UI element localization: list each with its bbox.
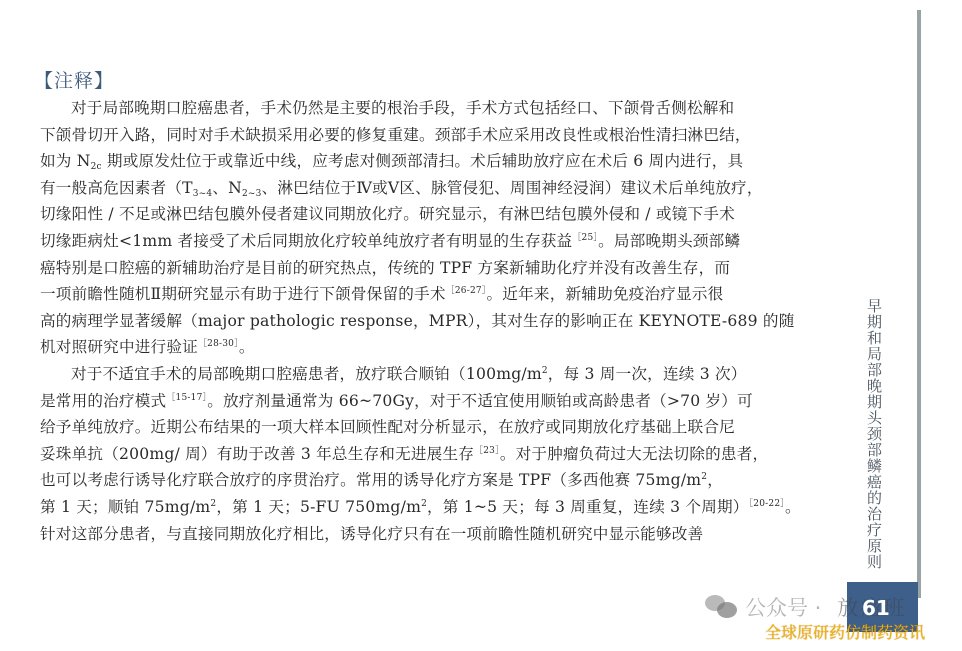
text-segment: ，第 1 天；5-FU 750mg/m: [216, 498, 421, 516]
text-segment: 一项前瞻性随机Ⅱ期研究显示有助于进行下颌骨保留的手术: [40, 285, 446, 303]
text-line: 对于不适宜手术的局部晚期口腔癌患者，放疗联合顺铂（100mg/m2，每 3 周一…: [40, 361, 840, 388]
chapter-side-title: 早期和局部晚期头颈部鳞癌的治疗原则: [864, 298, 884, 570]
superscript: ［28-30］: [198, 339, 239, 349]
text-segment: 有一般高危因素者（T: [40, 179, 193, 197]
subscript: 2~3: [242, 189, 262, 199]
text-segment: 。近年来，新辅助免疫治疗显示很: [487, 285, 724, 303]
superscript: ［20-22］: [749, 499, 785, 509]
text-segment: 下颌骨切开入路，同时对手术缺损采用必要的修复重建。颈部手术应采用改良性或根治性清…: [40, 126, 751, 144]
text-segment: 第 1 天；顺铂 75mg/m: [40, 498, 210, 516]
page-number: 61: [862, 596, 890, 620]
subscript: 2c: [91, 162, 102, 172]
text-segment: 。局部晚期头颈部鳞: [598, 232, 740, 250]
paragraph: 对于局部晚期口腔癌患者，手术仍然是主要的根治手段，手术方式包括经口、下颌骨舌侧松…: [40, 95, 840, 361]
text-line: 一项前瞻性随机Ⅱ期研究显示有助于进行下颌骨保留的手术［26-27］。近年来，新辅…: [40, 281, 840, 308]
watermark-prefix: 公众号 ·: [745, 592, 821, 622]
superscript: ［15-17］: [166, 393, 207, 403]
text-segment: 期或原发灶位于或靠近中线，应考虑对侧颈部清扫。术后辅助放疗应在术后 6 周内进行…: [102, 152, 744, 170]
superscript: ［26-27］: [446, 286, 487, 296]
text-segment: 。对于肿瘤负荷过大无法切除的患者，: [500, 445, 769, 463]
text-segment: 切缘距病灶<1mm 者接受了术后同期放化疗较单纯放疗者有明显的生存获益: [40, 232, 572, 250]
text-segment: 对于局部晚期口腔癌患者，手术仍然是主要的根治手段，手术方式包括经口、下颌骨舌侧松…: [71, 99, 734, 117]
text-segment: 针对这部分患者，与直接同期放化疗相比，诱导化疗只有在一项前瞻性随机研究中显示能够…: [40, 525, 703, 543]
text-segment: 癌特别是口腔癌的新辅助治疗是目前的研究热点，传统的 TPF 方案新辅助化疗并没有…: [40, 259, 730, 277]
vertical-rule: [917, 10, 921, 598]
section-heading: 【注释】: [34, 66, 114, 93]
text-segment: 妥珠单抗（200mg/ 周）有助于改善 3 年总生存和无进展生存: [40, 445, 474, 463]
text-line: 机对照研究中进行验证［28-30］。: [40, 334, 840, 361]
text-line: 癌特别是口腔癌的新辅助治疗是目前的研究热点，传统的 TPF 方案新辅助化疗并没有…: [40, 255, 840, 282]
subscript: 3~4: [193, 189, 213, 199]
text-segment: 、淋巴结位于Ⅳ或Ⅴ区、脉管侵犯、周围神经浸润）建议术后单纯放疗，: [262, 179, 763, 197]
body-text: 对于局部晚期口腔癌患者，手术仍然是主要的根治手段，手术方式包括经口、下颌骨舌侧松…: [40, 95, 840, 547]
text-line: 下颌骨切开入路，同时对手术缺损采用必要的修复重建。颈部手术应采用改良性或根治性清…: [40, 122, 840, 149]
text-line: 高的病理学显著缓解（major pathologic response，MPR）…: [40, 308, 840, 335]
text-line: 也可以考虑行诱导化疗联合放疗的序贯治疗。常用的诱导化疗方案是 TPF（多西他赛 …: [40, 467, 840, 494]
text-segment: 、N: [212, 179, 242, 197]
text-segment: ，每 3 周一次，连续 3 次）: [548, 365, 747, 383]
text-segment: 对于不适宜手术的局部晚期口腔癌患者，放疗联合顺铂（100mg/m: [71, 365, 542, 383]
text-segment: 。: [239, 338, 255, 356]
text-line: 针对这部分患者，与直接同期放化疗相比，诱导化疗只有在一项前瞻性随机研究中显示能够…: [40, 521, 840, 548]
text-segment: 给予单纯放疗。近期公布结果的一项大样本回顾性配对分析显示，在放疗或同期放化疗基础…: [40, 418, 735, 436]
text-segment: 。: [785, 498, 801, 516]
text-line: 有一般高危因素者（T3~4、N2~3、淋巴结位于Ⅳ或Ⅴ区、脉管侵犯、周围神经浸润…: [40, 175, 840, 202]
text-segment: ，第 1~5 天；每 3 周重复，连续 3 个周期）: [427, 498, 749, 516]
text-segment: 也可以考虑行诱导化疗联合放疗的序贯治疗。常用的诱导化疗方案是 TPF（多西他赛 …: [40, 471, 701, 489]
text-segment: 机对照研究中进行验证: [40, 338, 198, 356]
superscript: ［25］: [572, 233, 598, 243]
document-page: 【注释】 对于局部晚期口腔癌患者，手术仍然是主要的根治手段，手术方式包括经口、下…: [0, 0, 962, 651]
text-line: 切缘距病灶<1mm 者接受了术后同期放化疗较单纯放疗者有明显的生存获益［25］。…: [40, 228, 840, 255]
text-segment: 切缘阳性 / 不足或淋巴结包膜外侵者建议同期放化疗。研究显示，有淋巴结包膜外侵和…: [40, 205, 735, 223]
text-line: 妥珠单抗（200mg/ 周）有助于改善 3 年总生存和无进展生存［23］。对于肿…: [40, 441, 840, 468]
text-segment: 。放疗剂量通常为 66~70Gy，对于不适宜使用顺铂或高龄患者（>70 岁）可: [207, 392, 753, 410]
text-segment: 是常用的治疗模式: [40, 392, 166, 410]
text-line: 是常用的治疗模式［15-17］。放疗剂量通常为 66~70Gy，对于不适宜使用顺…: [40, 388, 840, 415]
text-line: 给予单纯放疗。近期公布结果的一项大样本回顾性配对分析显示，在放疗或同期放化疗基础…: [40, 414, 840, 441]
text-segment: 如为 N: [40, 152, 91, 170]
text-line: 切缘阳性 / 不足或淋巴结包膜外侵者建议同期放化疗。研究显示，有淋巴结包膜外侵和…: [40, 201, 840, 228]
superscript: ［23］: [474, 446, 500, 456]
text-line: 如为 N2c 期或原发灶位于或靠近中线，应考虑对侧颈部清扫。术后辅助放疗应在术后…: [40, 148, 840, 175]
text-line: 第 1 天；顺铂 75mg/m2，第 1 天；5-FU 750mg/m2，第 1…: [40, 494, 840, 521]
text-segment: 高的病理学显著缓解（major pathologic response，MPR）…: [40, 312, 795, 330]
overlay-caption: 全球原研药仿制药资讯: [765, 620, 925, 643]
wechat-icon: [705, 595, 739, 619]
text-segment: ，: [707, 471, 723, 489]
paragraph: 对于不适宜手术的局部晚期口腔癌患者，放疗联合顺铂（100mg/m2，每 3 周一…: [40, 361, 840, 547]
text-line: 对于局部晚期口腔癌患者，手术仍然是主要的根治手段，手术方式包括经口、下颌骨舌侧松…: [40, 95, 840, 122]
